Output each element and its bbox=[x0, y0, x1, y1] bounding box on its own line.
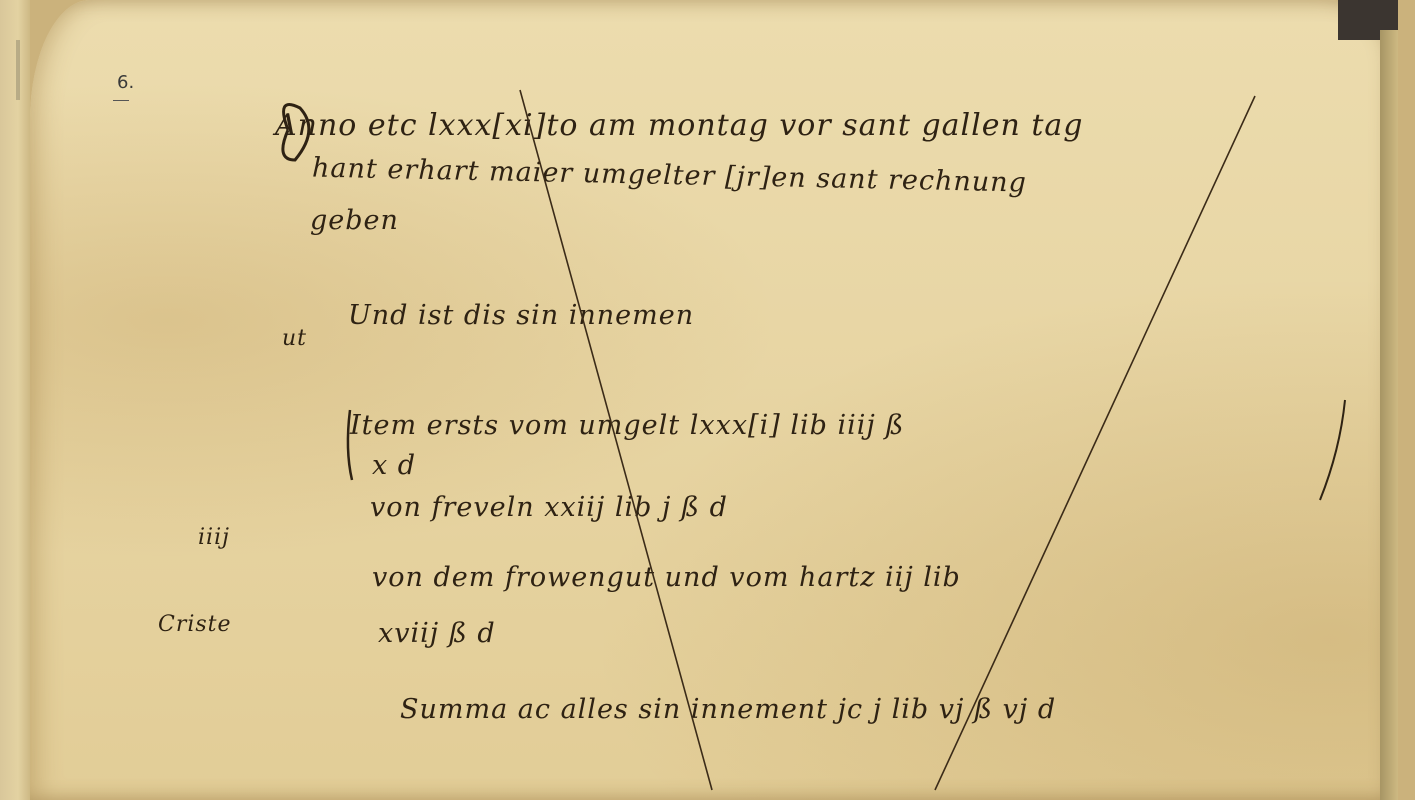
entry-1: Item ersts vom umgelt lxxx[i] lib iiij ß bbox=[350, 410, 904, 441]
entry-2: von freveln xxiij lib j ß d bbox=[370, 492, 728, 523]
entry-1-continued: x d bbox=[372, 450, 416, 481]
margin-note-criste: Criste bbox=[158, 612, 232, 637]
total-line: Summa ac alles sin innement jc j lib vj … bbox=[400, 694, 1056, 725]
entry-3: von dem frowengut und vom hartz iij lib bbox=[372, 562, 961, 593]
entry-3-continued: xviij ß d bbox=[378, 618, 496, 649]
page-edge-right bbox=[1380, 30, 1398, 800]
margin-note-iiij: iiij bbox=[198, 525, 230, 550]
page-number: 6. bbox=[117, 72, 134, 93]
section-heading: Und ist dis sin innemen bbox=[348, 300, 694, 331]
margin-note-ut: ut bbox=[282, 326, 307, 351]
heading-line-3: geben bbox=[310, 205, 399, 236]
adjacent-page-edge bbox=[0, 0, 30, 800]
heading-line-1: Anno etc lxxx[xi]to am montag vor sant g… bbox=[275, 108, 1083, 143]
